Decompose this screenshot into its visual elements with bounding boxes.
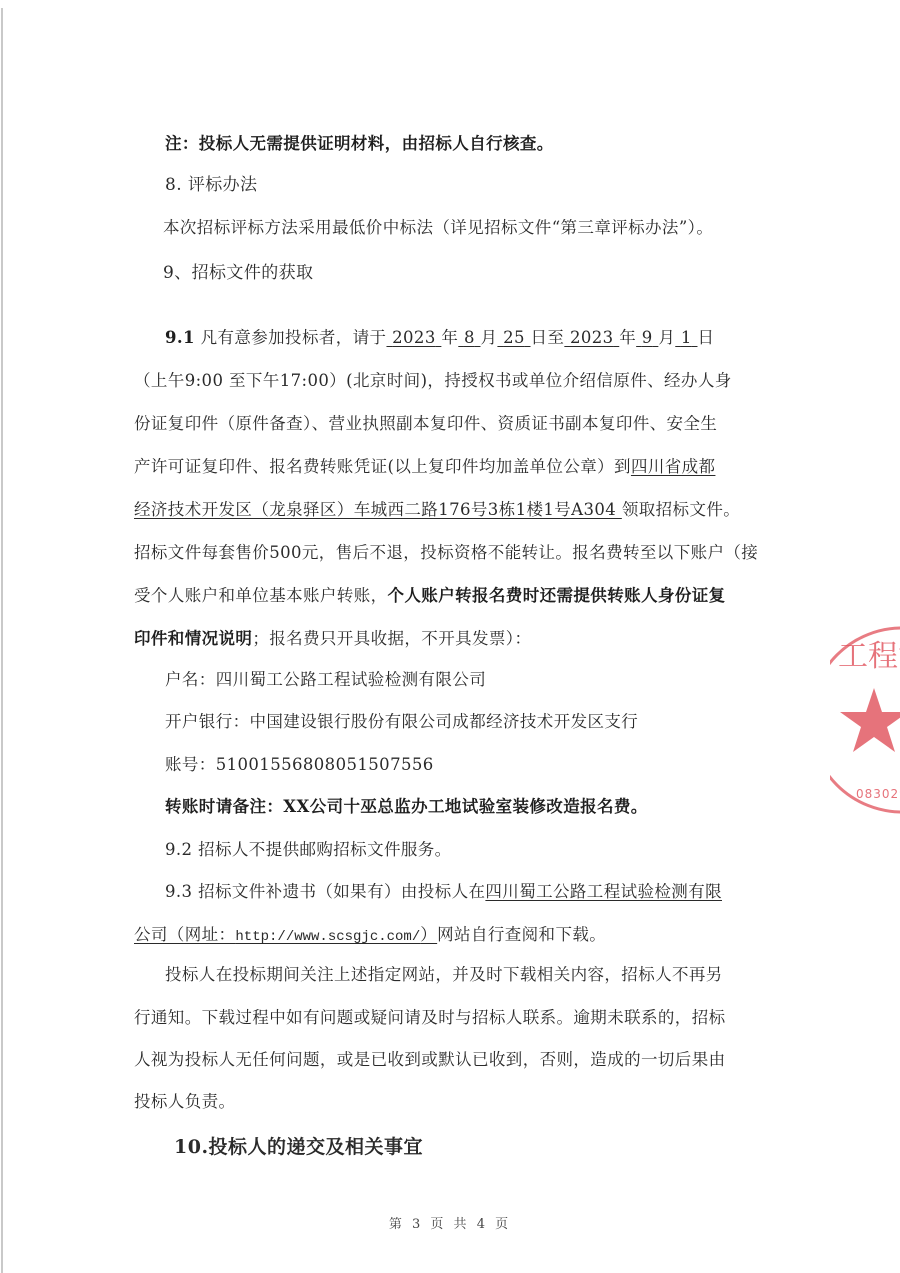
company-name-link: 四川蜀工公路工程试验检测有限 — [485, 882, 722, 901]
start-day: 25 — [497, 328, 530, 347]
section-8-heading: 8. 评标办法 — [165, 175, 257, 195]
scan-edge-line — [1, 8, 3, 1273]
start-month: 8 — [458, 328, 480, 347]
end-month: 9 — [636, 328, 658, 347]
para-9-1-line-4: 产许可证复印件、报名费转账凭证(以上复印件均加盖单位公章）到四川省成都 — [134, 457, 715, 477]
start-year: 2023 — [386, 328, 441, 347]
para-9-1-line-1: 9.1 凡有意参加投标者，请于 2023 年 8 月 25 日至 2023 年 … — [165, 328, 714, 348]
seal-icon: 工程试 083029 — [830, 622, 900, 818]
para-9-3-line-1: 9.3 招标文件补遗书（如果有）由投标人在四川蜀工公路工程试验检测有限 — [165, 882, 722, 902]
svg-text:083029: 083029 — [856, 787, 900, 801]
para-9-1-line-3: 份证复印件（原件备查）、营业执照副本复印件、资质证书副本复印件、安全生 — [134, 414, 717, 434]
address-part-2: 经济技术开发区（龙泉驿区）车城西二路176号3栋1楼1号A304 — [134, 500, 622, 519]
account-name: 户名：四川蜀工公路工程试验检测有限公司 — [165, 670, 486, 690]
para-9-2: 9.2 招标人不提供邮购招标文件服务。 — [165, 840, 452, 860]
svg-text:工程试: 工程试 — [838, 639, 900, 674]
account-bank: 开户银行：中国建设银行股份有限公司成都经济技术开发区支行 — [165, 712, 638, 732]
section-9-heading: 9、招标文件的获取 — [163, 263, 313, 283]
note-text: 注：投标人无需提供证明材料，由招标人自行核查。 — [165, 134, 554, 154]
notice-line-4: 投标人负责。 — [134, 1092, 235, 1112]
notice-line-3: 人视为投标人无任何问题，或是已收到或默认已收到，否则，造成的一切后果由 — [134, 1050, 726, 1070]
notice-line-1: 投标人在投标期间关注上述指定网站，并及时下载相关内容，招标人不再另 — [165, 965, 723, 985]
company-seal-stamp: 工程试 083029 — [830, 622, 900, 818]
para-9-1-line-7: 受个人账户和单位基本账户转账，个人账户转报名费时还需提供转账人身份证复 — [134, 586, 726, 606]
website-url: http://www.scsgjc.com/ — [235, 929, 420, 945]
address-part-1: 四川省成都 — [631, 457, 716, 476]
section-8-body: 本次招标评标方法采用最低价中标法（详见招标文件“第三章评标办法”）。 — [163, 218, 713, 238]
notice-line-2: 行通知。下载过程中如有问题或疑问请及时与招标人联系。逾期未联系的，招标 — [134, 1008, 726, 1028]
page-footer: 第 3 页 共 4 页 — [0, 1213, 900, 1232]
personal-account-requirement: 个人账户转报名费时还需提供转账人身份证复 — [388, 586, 726, 605]
end-year: 2023 — [564, 328, 619, 347]
para-9-1-line-6: 招标文件每套售价500元，售后不退，投标资格不能转让。报名费转至以下账户（接 — [134, 543, 758, 563]
para-9-1-prefix: 凡有意参加投标者，请于 — [201, 328, 387, 347]
transfer-remark: 转账时请备注：XX公司十巫总监办工地试验室装修改造报名费。 — [165, 797, 648, 817]
end-day: 1 — [675, 328, 697, 347]
account-number: 账号：51001556808051507556 — [165, 755, 434, 775]
para-9-1-line-5: 经济技术开发区（龙泉驿区）车城西二路176号3栋1楼1号A304 领取招标文件。 — [134, 500, 740, 520]
para-9-1-line-2: （上午9:00 至下午17:00）(北京时间)，持授权书或单位介绍信原件、经办人… — [134, 371, 732, 391]
para-9-1-label: 9.1 — [165, 328, 195, 347]
section-10-heading: 10.投标人的递交及相关事宜 — [174, 1137, 423, 1157]
para-9-3-line-2: 公司（网址：http://www.scsgjc.com/）网站自行查阅和下载。 — [134, 925, 606, 947]
para-9-1-line-8: 印件和情况说明；报名费只开具收据，不开具发票）： — [134, 629, 531, 649]
